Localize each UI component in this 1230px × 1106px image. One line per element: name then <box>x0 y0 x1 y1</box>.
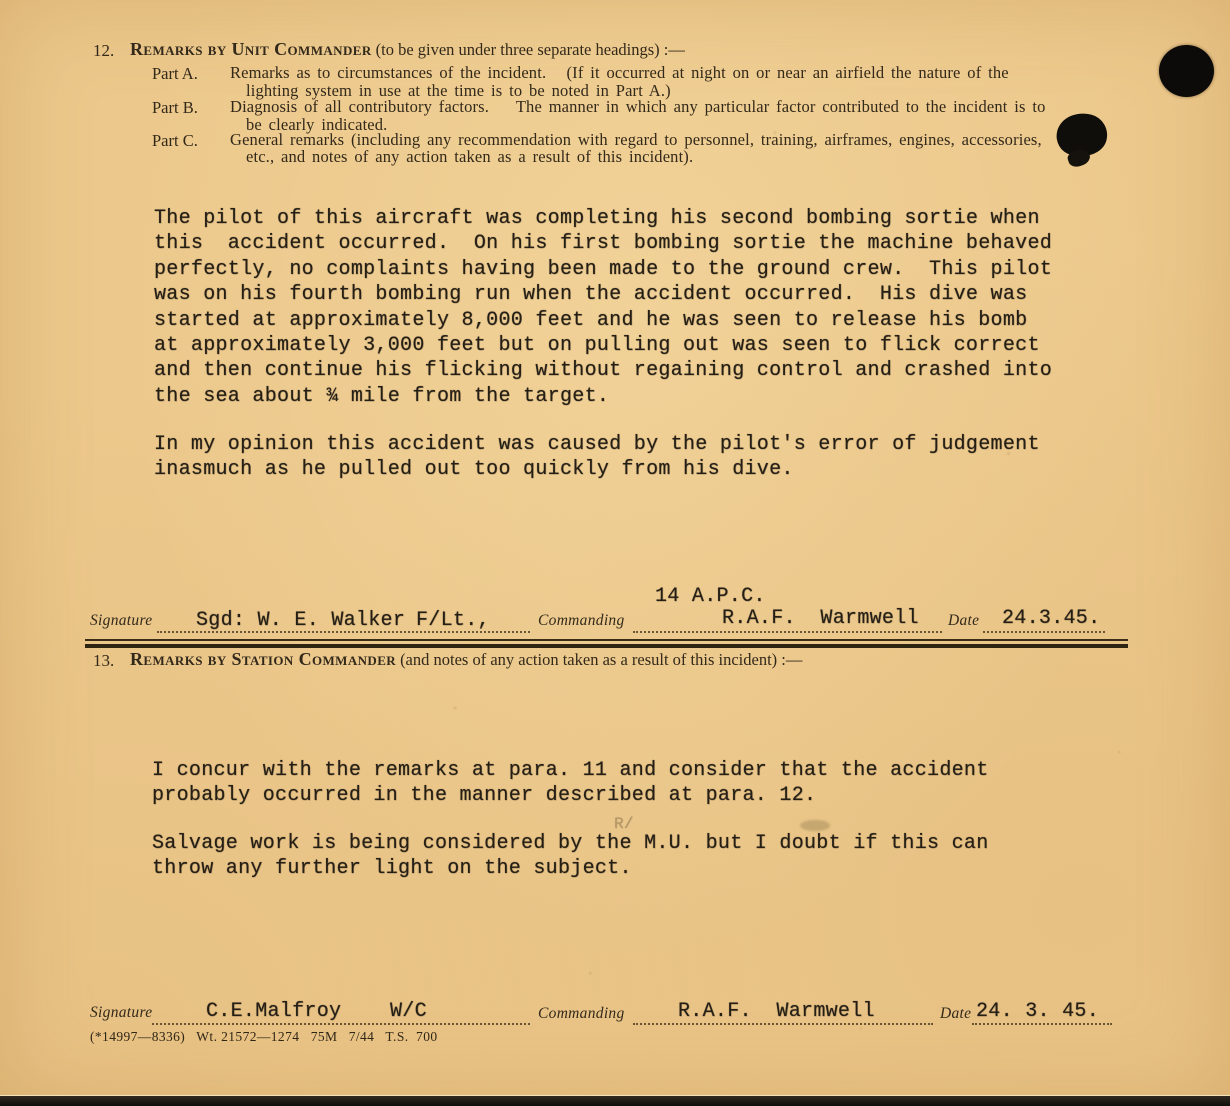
part-a-label: Part A. <box>152 64 198 84</box>
remarks-line: perfectly, no complaints having been mad… <box>154 257 1052 282</box>
signed-name: Sgd: W. E. Walker <box>196 608 405 633</box>
unit-commander-remarks: The pilot of this aircraft was completin… <box>154 206 1052 409</box>
remarks-line: The pilot of this aircraft was completin… <box>154 206 1052 231</box>
faint-smudge-mark <box>800 820 830 831</box>
salvage-line: Salvage work is being considered by the … <box>152 831 989 856</box>
section-12-title: Remarks by Unit Commander <box>130 39 372 59</box>
form-print-code: (*14997—8336) Wt. 21572—1274 75M 7/44 T.… <box>90 1029 438 1045</box>
remarks-line: this accident occurred. On his first bom… <box>154 231 1052 256</box>
unit-commander-opinion: In my opinion this accident was caused b… <box>154 432 1040 483</box>
part-a-line1: Remarks as to circumstances of the incid… <box>230 64 1135 82</box>
signed2-rank: W/C <box>390 999 427 1024</box>
station2-value: R.A.F. Warmwell <box>678 999 875 1024</box>
section-12-heading: Remarks by Unit Commander (to be given u… <box>130 39 685 60</box>
remarks-line: and then continue his flicking without r… <box>154 358 1052 383</box>
section-13-number: 13. <box>93 651 114 671</box>
part-c-line2: etc., and notes of any action taken as a… <box>246 148 1126 166</box>
section-13-heading-suffix: (and notes of any action taken as a resu… <box>400 650 802 669</box>
signature-label: Signature <box>90 612 152 630</box>
date-value: 24.3.45. <box>1002 606 1100 631</box>
remarks-line: at approximately 3,000 feet but on pulli… <box>154 333 1052 358</box>
signature2-label: Signature <box>90 1004 152 1022</box>
part-b-line1: Diagnosis of all contributory factors. T… <box>230 98 1135 116</box>
section-divider-rule <box>85 639 1128 648</box>
date2-value: 24. 3. 45. <box>976 999 1099 1024</box>
remarks-line: was on his fourth bombing run when the a… <box>154 282 1052 307</box>
station-commander-remarks-2: Salvage work is being considered by the … <box>152 831 989 882</box>
salvage-line: throw any further light on the subject. <box>152 856 989 881</box>
hole-punch-mark <box>1159 45 1214 97</box>
scan-edge-strip <box>0 1095 1230 1106</box>
section-13-heading: Remarks by Station Commander (and notes … <box>130 649 802 670</box>
concur-line: I concur with the remarks at para. 11 an… <box>152 758 989 783</box>
document-page: 12. Remarks by Unit Commander (to be giv… <box>0 0 1230 1106</box>
commanding-label: Commanding <box>538 612 625 630</box>
section-12-heading-suffix: (to be given under three separate headin… <box>376 40 685 59</box>
date-label: Date <box>948 612 979 630</box>
section-12-number: 12. <box>93 41 114 61</box>
concur-line: probably occurred in the manner describe… <box>152 783 989 808</box>
signed2-name: C.E.Malfroy <box>206 999 341 1024</box>
date2-label: Date <box>940 1005 971 1023</box>
part-c-label: Part C. <box>152 131 198 151</box>
signed-rank: F/Lt., <box>416 608 490 633</box>
opinion-line: In my opinion this accident was caused b… <box>154 432 1040 457</box>
remarks-line: the sea about ¾ mile from the target. <box>154 384 1052 409</box>
station-commander-remarks-1: I concur with the remarks at para. 11 an… <box>152 758 989 809</box>
opinion-line: inasmuch as he pulled out too quickly fr… <box>154 457 1040 482</box>
station-value: R.A.F. Warmwell <box>722 606 919 631</box>
part-b-label: Part B. <box>152 98 198 118</box>
section-13-title: Remarks by Station Commander <box>130 649 396 669</box>
commanding2-label: Commanding <box>538 1005 625 1023</box>
remarks-line: started at approximately 8,000 feet and … <box>154 308 1052 333</box>
